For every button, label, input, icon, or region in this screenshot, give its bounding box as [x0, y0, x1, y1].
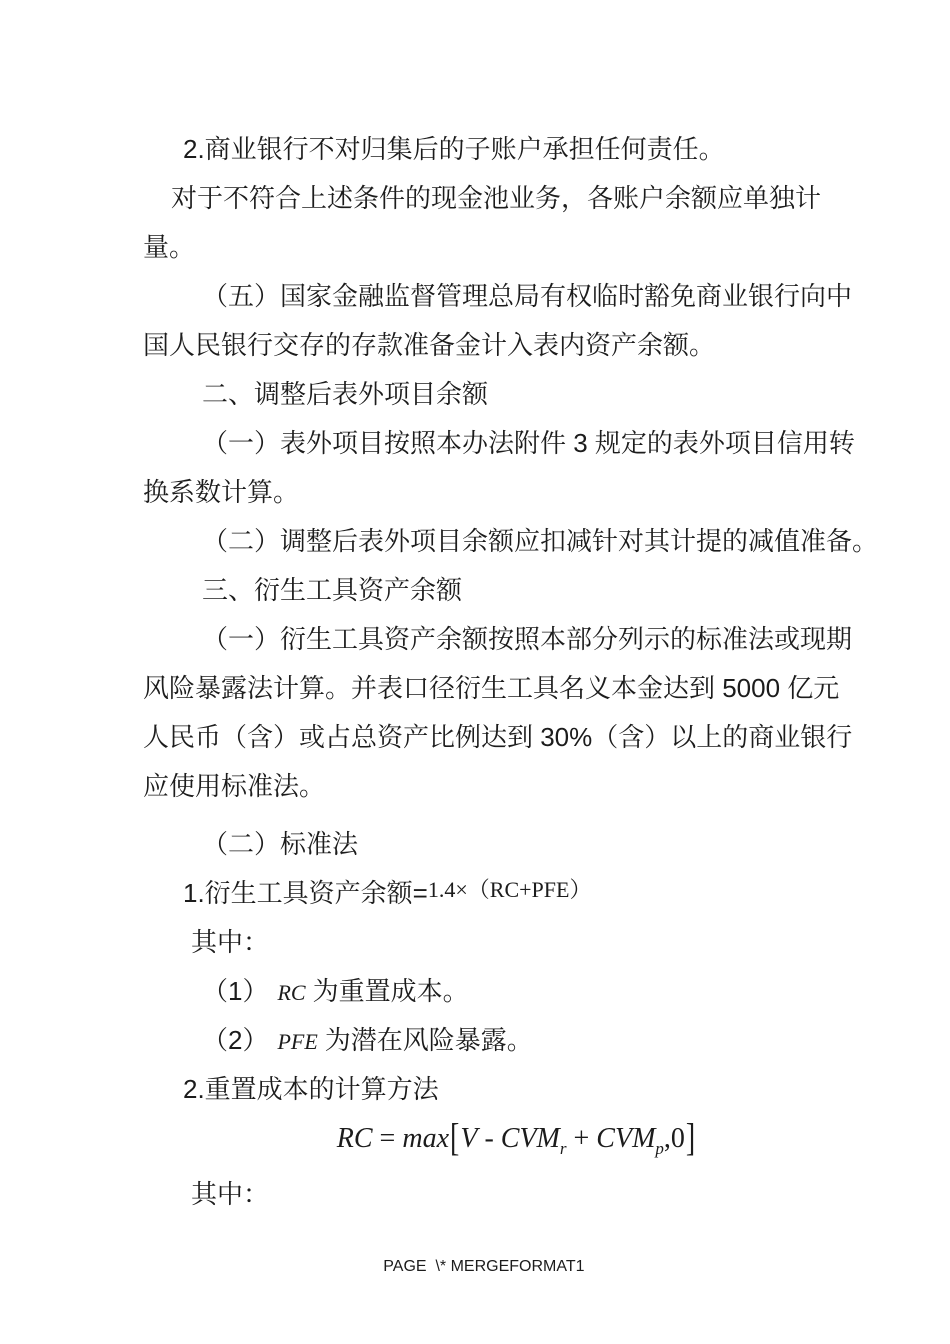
math-number: ,0 — [664, 1123, 685, 1154]
text-run: 三、衍生工具资产余额 — [202, 575, 462, 605]
text-run: （五）国家金融监督管理总局有权临时豁免商业银行向中 — [202, 281, 852, 311]
bracket: [ — [449, 1104, 460, 1173]
text-run: 国人民银行交存的存款准备金计入表内资产余额。 — [143, 330, 715, 360]
para-cash-pool-line2: 量。 — [143, 223, 890, 272]
para-subaccount-liability: 2.商业银行不对归集后的子账户承担任何责任。 — [143, 125, 890, 174]
heading-s3-item2-standard-method: （二）标准法 — [143, 820, 890, 869]
math-operator: - — [477, 1123, 500, 1154]
para-cash-pool-line1: 对于不符合上述条件的现金池业务，各账户余额应单独计 — [143, 174, 890, 223]
text-run: 为重置成本。 — [313, 976, 469, 1006]
para-where-1: 其中： — [143, 918, 890, 967]
text-run: 1.衍生工具资产余额= — [183, 878, 428, 908]
para-derivative-asset-formula: 1.衍生工具资产余额=1.4×（RC+PFE） — [143, 869, 890, 918]
text-run: 其中： — [191, 927, 269, 957]
text-run: 二、调整后表外项目余额 — [202, 379, 488, 409]
bracket: ] — [685, 1104, 696, 1173]
math-operator: = — [373, 1123, 403, 1154]
math-variable: CVM — [596, 1123, 655, 1154]
text-run: 应使用标准法。 — [143, 771, 325, 801]
para-s2-item2: （二）调整后表外项目余额应扣减针对其计提的减值准备。 — [143, 517, 890, 566]
text-run: 换系数计算。 — [143, 477, 299, 507]
para-s3-item1-line4: 应使用标准法。 — [143, 762, 890, 811]
page-footer: PAGE \* MERGEFORMAT1 — [0, 1240, 950, 1294]
text-run: （1） — [202, 976, 268, 1006]
para-item5-line1: （五）国家金融监督管理总局有权临时豁免商业银行向中 — [143, 272, 890, 321]
document-body: 2.商业银行不对归集后的子账户承担任何责任。对于不符合上述条件的现金池业务，各账… — [0, 0, 950, 1219]
para-s2-item1-line1: （一）表外项目按照本办法附件 3 规定的表外项目信用转 — [143, 419, 890, 468]
text-run: （一）衍生工具资产余额按照本部分列示的标准法或现期 — [202, 624, 852, 654]
para-where-2: 其中： — [143, 1170, 890, 1219]
math-variable: RC — [337, 1123, 373, 1154]
para-s3-item1-line1: （一）衍生工具资产余额按照本部分列示的标准法或现期 — [143, 615, 890, 664]
text-run: （2） — [202, 1025, 268, 1055]
math-operator: + — [567, 1123, 597, 1154]
para-item5-line2: 国人民银行交存的存款准备金计入表内资产余额。 — [143, 321, 890, 370]
math-subscript: p — [655, 1139, 664, 1158]
text-run: 量。 — [143, 232, 195, 262]
text-run: 人民币（含）或占总资产比例达到 30%（含）以上的商业银行 — [143, 722, 852, 752]
text-run: 2.商业银行不对归集后的子账户承担任何责任。 — [183, 134, 725, 164]
text-run: （一）表外项目按照本办法附件 3 规定的表外项目信用转 — [202, 428, 855, 458]
equation-rc: RC = max[V - CVMr + CVMp,0] — [143, 1114, 890, 1163]
heading-section2: 二、调整后表外项目余额 — [143, 370, 890, 419]
math-variable: PFE — [277, 1029, 317, 1054]
text-run: 风险暴露法计算。并表口径衍生工具名义本金达到 5000 亿元 — [143, 673, 839, 703]
math-variable: RC — [277, 980, 305, 1005]
document-page: 2.商业银行不对归集后的子账户承担任何责任。对于不符合上述条件的现金池业务，各账… — [0, 0, 950, 1344]
math-subscript: r — [560, 1139, 567, 1158]
page-number-field: PAGE \* MERGEFORMAT1 — [383, 1258, 584, 1275]
inline-equation: 1.4×（RC+PFE） — [428, 877, 592, 902]
para-s3-item1-line2: 风险暴露法计算。并表口径衍生工具名义本金达到 5000 亿元 — [143, 664, 890, 713]
para-s3-item1-line3: 人民币（含）或占总资产比例达到 30%（含）以上的商业银行 — [143, 713, 890, 762]
para-s2-item1-line2: 换系数计算。 — [143, 468, 890, 517]
math-variable: CVM — [501, 1123, 560, 1154]
heading-rc-calculation: 2.重置成本的计算方法 — [143, 1065, 890, 1114]
heading-section3: 三、衍生工具资产余额 — [143, 566, 890, 615]
text-run: 其中： — [191, 1179, 269, 1209]
text-run: 对于不符合上述条件的现金池业务，各账户余额应单独计 — [171, 183, 821, 213]
math-variable: max — [402, 1123, 449, 1154]
text-run: 2.重置成本的计算方法 — [183, 1074, 439, 1104]
para-def-pfe: （2）PFE为潜在风险暴露。 — [143, 1016, 890, 1065]
text-run: 为潜在风险暴露。 — [325, 1025, 533, 1055]
math-variable: V — [460, 1123, 477, 1154]
text-run: （二）调整后表外项目余额应扣减针对其计提的减值准备。 — [202, 526, 878, 556]
text-run: （二）标准法 — [202, 829, 358, 859]
para-def-rc: （1）RC为重置成本。 — [143, 967, 890, 1016]
